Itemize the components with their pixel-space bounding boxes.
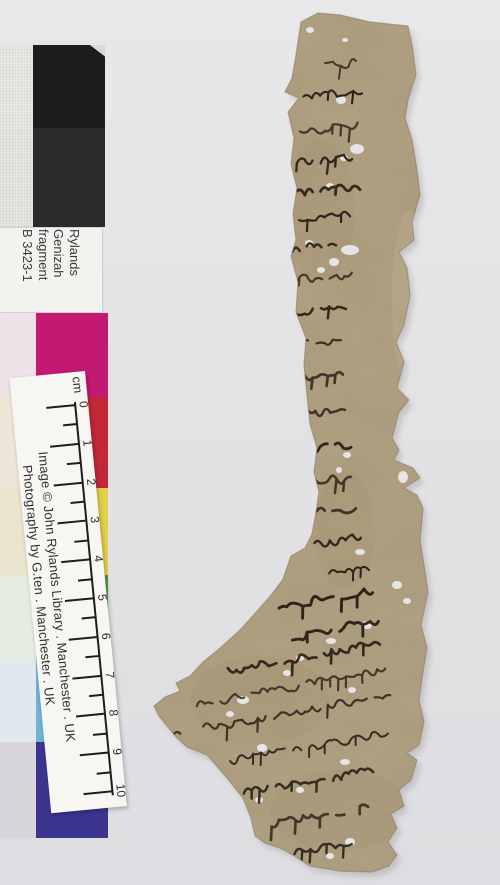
ruler-tick-half-cm [85, 655, 99, 658]
ruler-number: 10 [113, 783, 128, 797]
ruler-tick-cm [46, 404, 75, 409]
ruler-number: 3 [87, 513, 102, 527]
manuscript-photo: Rylands Genizah fragment B 3423-1 cm 012… [0, 0, 500, 885]
ruler-tick-cm [65, 597, 94, 602]
ruler-tick-half-cm [70, 501, 84, 504]
ruler-tick-cm [57, 520, 86, 525]
ruler-unit-label: cm [69, 372, 85, 397]
ruler-number: 0 [76, 397, 91, 411]
ruler-tick-half-cm [78, 578, 92, 581]
ruler-number: 5 [95, 590, 110, 604]
color-patch-pale-dark-blue [0, 742, 36, 838]
ruler-tick-cm [83, 790, 112, 795]
ruler-tick-cm [72, 674, 101, 679]
ruler-tick-cm [50, 443, 79, 448]
ruler-tick-cm [61, 559, 90, 564]
ruler-number: 7 [102, 667, 117, 681]
ruler-number: 4 [91, 552, 106, 566]
ruler-tick-cm [76, 713, 105, 718]
ruler-tick-half-cm [93, 732, 107, 735]
ruler-number: 2 [84, 474, 99, 488]
ruler-tick-cm [69, 636, 98, 641]
ruler-number: 1 [80, 436, 95, 450]
ruler-tick-half-cm [89, 694, 103, 697]
ruler-tick-half-cm [74, 539, 88, 542]
ruler-tick-cm [80, 752, 109, 757]
ruler-tick-half-cm [67, 462, 81, 465]
ruler-tick-cm [54, 481, 83, 486]
ruler-number: 8 [106, 706, 121, 720]
color-patch-pale-light-blue [0, 658, 36, 742]
ruler-tick-half-cm [63, 423, 77, 426]
ruler-number: 9 [110, 745, 125, 759]
ruler-tick-half-cm [97, 771, 111, 774]
ruler-number: 6 [98, 629, 113, 643]
ruler-tick-half-cm [82, 617, 96, 620]
